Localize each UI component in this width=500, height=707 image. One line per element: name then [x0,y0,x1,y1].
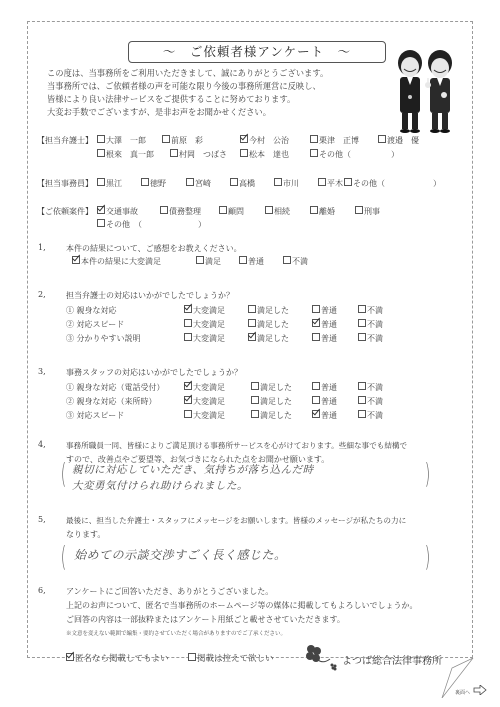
checkbox-checked-icon[interactable] [240,135,248,143]
case-type-option[interactable]: 交通事故 [97,206,138,217]
case-type-option[interactable]: 刑事 [355,206,380,217]
q5-answer-bracket-right: ) [425,540,430,573]
q6-text-line2: 上記のお声について、匿名で当事務所のホームページ等の媒体に掲載してもよろしいでし… [66,600,418,611]
staff-label: 【担当事務員】 [37,178,93,189]
q2-choice[interactable]: 不満 [358,333,383,344]
lawyer-option[interactable]: 根來 真一郎 [97,149,154,160]
q2-text: 担当弁護士の対応はいかがでしたでしょうか？ [66,290,234,301]
checkbox-icon[interactable] [344,178,352,186]
checkbox-icon[interactable] [312,396,320,404]
checkbox-icon[interactable] [312,305,320,313]
intro-line: この度は、当事務所をご利用いただきまして、誠にありがとうございます。 [47,67,328,80]
checkbox-icon[interactable] [219,206,227,214]
lawyer-option[interactable]: 渡邉 優 [378,135,419,146]
q5-answer[interactable]: 始めての示談交渉すごく長く感じた。 [74,546,287,563]
case-type-option[interactable]: 離婚 [310,206,335,217]
q1-text: 本件の結果について、ご感想をお教えください。 [66,243,242,254]
intro-line: 皆様により良い法律サービスをご提供することに努めております。 [47,93,328,106]
checkbox-icon[interactable] [248,305,256,313]
q5-answer-bracket-left: ( [61,540,66,573]
checkbox-icon[interactable] [184,410,192,418]
q2-choice[interactable]: 満足した [248,305,289,316]
checkbox-icon[interactable] [274,178,282,186]
lawyer-option[interactable]: 大澤 一郎 [97,135,146,146]
q2-choice[interactable]: 大変満足 [184,305,225,316]
next-page-label[interactable]: 裏面へ [455,689,470,696]
q4-answer-line1[interactable]: 親切に対応していただき、気持ちが落ち込んだ時 [72,462,314,477]
lawyer-option[interactable]: 今村 公治 [240,135,289,146]
checkbox-icon[interactable] [358,382,366,390]
checkbox-icon[interactable] [283,256,291,264]
q2-choice[interactable]: 不満 [358,305,383,316]
q2-choice[interactable]: 普通 [312,319,337,330]
q3-choice[interactable]: 不満 [358,396,383,407]
checkbox-icon[interactable] [196,256,204,264]
q6-option-anonymous[interactable]: 匿名なら掲載してもよい [66,652,169,664]
q6-note: ※文意を変えない範囲で編集・要約させていただく場合がありますのでご了承ください。 [66,629,286,637]
q4-answer-bracket-left: ( [61,457,66,490]
q5-number: 5, [38,515,46,524]
q1-option[interactable]: 普通 [239,256,264,267]
q3-choice[interactable]: 普通 [312,382,337,393]
checkbox-icon[interactable] [239,256,247,264]
checkbox-icon[interactable] [170,149,178,157]
case-type-label: 【ご依頼案件】 [37,206,93,217]
q4-answer-line2[interactable]: 大変勇気付けられ助けられました。 [72,478,248,493]
q3-choice[interactable]: 普通 [312,410,337,421]
q2-row-label: ③ 分かりやすい説明 [66,333,141,344]
staff-option[interactable]: 宮崎 [186,178,211,189]
q1-option[interactable]: 不満 [283,256,308,267]
q6-option-decline[interactable]: 掲載は控えて欲しい [188,652,274,664]
checkbox-icon[interactable] [97,149,105,157]
checkbox-icon[interactable] [251,382,259,390]
checkbox-checked-icon[interactable] [72,256,80,264]
q3-choice[interactable]: 満足した [251,410,292,421]
q1-option[interactable]: 満足 [196,256,221,267]
q2-choice[interactable]: 満足した [248,319,289,330]
case-type-option[interactable]: 相続 [265,206,290,217]
staff-option[interactable]: 黒江 [97,178,122,189]
lawyers-label: 【担当弁護士】 [37,135,93,146]
q1-option[interactable]: 本件の結果に大変満足 [72,256,161,267]
q3-row-label: ② 親身な対応（来所時） [66,396,157,407]
staff-option[interactable]: 徳野 [141,178,166,189]
intro-text: この度は、当事務所をご利用いただきまして、誠にありがとうございます。 当事務所で… [47,67,328,119]
q2-row-label: ② 対応スピード [66,319,124,330]
checkbox-icon[interactable] [358,410,366,418]
q6-text-line3: ご回答の内容は一部抜粋またはアンケート用紙ごと載せさせていただきます。 [66,614,345,625]
firm-name: よつば総合法律事務所 [342,652,442,667]
checkbox-icon[interactable] [312,333,320,341]
q2-choice[interactable]: 普通 [312,305,337,316]
q4-number: 4, [38,440,46,449]
checkbox-checked-icon[interactable] [66,653,74,661]
checkbox-icon[interactable] [160,206,168,214]
checkbox-checked-icon[interactable] [312,319,320,327]
q3-row-label: ③ 対応スピード [66,410,124,421]
intro-line: 大変お手数でございますが、是非お声をお聞かせください。 [47,106,328,119]
checkbox-icon[interactable] [358,333,366,341]
checkbox-icon[interactable] [358,319,366,327]
q2-choice[interactable]: 普通 [312,333,337,344]
q3-choice[interactable]: 大変満足 [184,396,225,407]
lawyer-option[interactable]: 前原 彩 [162,135,203,146]
checkbox-checked-icon[interactable] [97,206,105,214]
checkbox-icon[interactable] [97,219,105,227]
q3-row-label: ① 親身な対応（電話受付） [66,382,165,393]
checkbox-icon[interactable] [188,653,196,661]
q4-text-line1: 事務所職員一同、皆様によりご満足頂ける事務所サービスを心がけております。些細な事… [66,440,407,451]
checkbox-icon[interactable] [318,178,326,186]
arrow-right-icon[interactable] [473,685,487,695]
intro-line: 当事務所では、ご依頼者様の声を可能な限り今後の事務所運営に反映し、 [47,80,328,93]
checkbox-icon[interactable] [358,305,366,313]
checkbox-icon[interactable] [240,149,248,157]
q3-choice[interactable]: 満足した [251,396,292,407]
checkbox-icon[interactable] [162,135,170,143]
q2-number: 2, [38,290,46,299]
checkbox-checked-icon[interactable] [312,410,320,418]
lawyer-option[interactable]: 松本 達也 [240,149,289,160]
checkbox-icon[interactable] [355,206,363,214]
lawyer-option[interactable]: 村岡 つばさ [170,149,227,160]
lawyer-option[interactable]: 栗津 正博 [310,135,359,146]
checkbox-checked-icon[interactable] [184,382,192,390]
checkbox-icon[interactable] [186,178,194,186]
checkbox-icon[interactable] [248,319,256,327]
q3-choice[interactable]: 不満 [358,410,383,421]
q3-choice[interactable]: 不満 [358,382,383,393]
checkbox-checked-icon[interactable] [184,396,192,404]
q3-choice[interactable]: 普通 [312,396,337,407]
checkbox-icon[interactable] [310,149,318,157]
checkbox-icon[interactable] [358,396,366,404]
q6-text-line1: アンケートにご回答いただき、ありがとうございました。 [66,586,273,597]
staff-option[interactable]: 高橋 [230,178,255,189]
q5-text-line1: 最後に、担当した弁護士・スタッフにメッセージをお願いします。皆様のメッセージが私… [66,515,406,526]
q4-answer-bracket-right: ) [425,457,430,490]
checkbox-icon[interactable] [184,333,192,341]
checkbox-icon[interactable] [251,396,259,404]
checkbox-icon[interactable] [251,410,259,418]
checkbox-icon[interactable] [310,206,318,214]
lawyer-option-other[interactable]: その他（ ） [310,149,399,160]
checkbox-icon[interactable] [97,135,105,143]
q2-choice[interactable]: 大変満足 [184,319,225,330]
q2-choice[interactable]: 大変満足 [184,333,225,344]
q3-number: 3, [38,367,46,376]
q1-number: 1, [38,243,46,252]
checkbox-icon[interactable] [378,135,386,143]
checkbox-icon[interactable] [184,319,192,327]
q2-choice[interactable]: 不満 [358,319,383,330]
survey-title: ～ ご依頼者様アンケート ～ [128,41,386,63]
checkbox-icon[interactable] [310,135,318,143]
q3-choice[interactable]: 満足した [251,382,292,393]
checkbox-icon[interactable] [312,382,320,390]
checkbox-icon[interactable] [141,178,149,186]
clover-logo-icon [302,643,342,673]
q2-choice[interactable]: 満足した [248,333,289,344]
case-type-option[interactable]: 債務整理 [160,206,201,217]
checkbox-checked-icon[interactable] [248,333,256,341]
q6-number: 6, [38,586,46,595]
checkbox-checked-icon[interactable] [184,305,192,313]
q3-text: 事務スタッフの対応はいかがでしたでしょうか？ [66,367,242,378]
checkbox-icon[interactable] [97,178,105,186]
q2-row-label: ① 親身な対応 [66,305,117,316]
checkbox-icon[interactable] [265,206,273,214]
q3-choice[interactable]: 大変満足 [184,382,225,393]
case-type-option-other[interactable]: その他 （ ） [97,219,206,230]
case-type-option[interactable]: 顧問 [219,206,244,217]
q3-choice[interactable]: 大変満足 [184,410,225,421]
checkbox-icon[interactable] [230,178,238,186]
q5-text-line2: なります。 [66,529,105,540]
staff-option-other[interactable]: その他（ ） [344,178,441,189]
lawyers-illustration-icon [390,45,460,135]
staff-option[interactable]: 平木 [318,178,343,189]
staff-option[interactable]: 市川 [274,178,299,189]
